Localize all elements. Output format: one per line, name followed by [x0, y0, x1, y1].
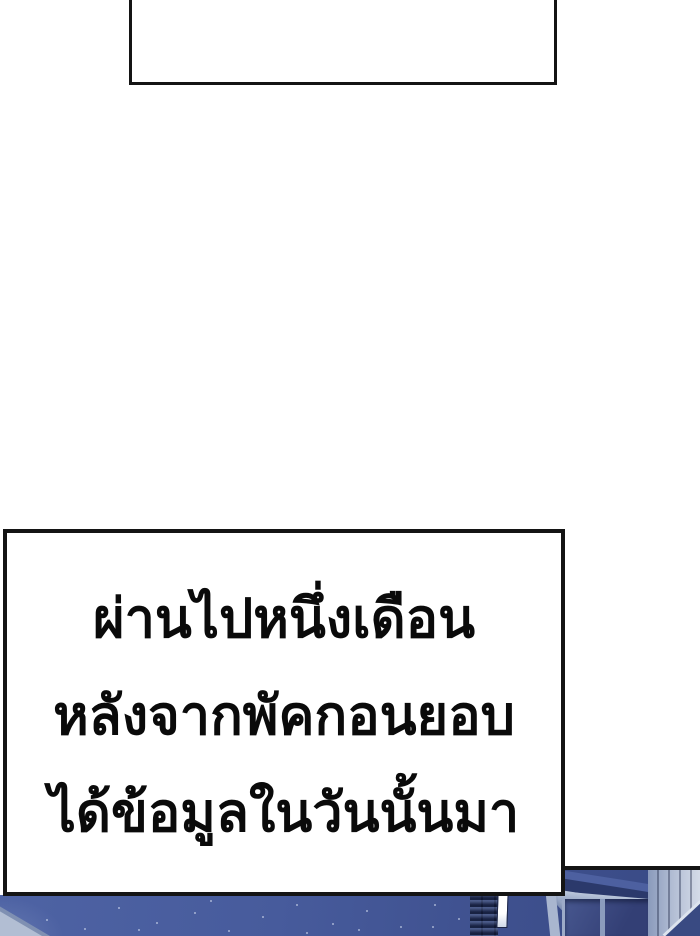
lit-window	[497, 894, 507, 927]
caption-box: ผ่านไปหนึ่งเดือน หลังจากพัคกอนยอบ ได้ข้อ…	[3, 529, 565, 896]
star	[332, 923, 334, 925]
star	[156, 922, 158, 924]
star	[434, 904, 436, 906]
window-glass	[562, 899, 651, 936]
star	[262, 916, 264, 918]
window-mullion	[600, 899, 605, 936]
star	[228, 930, 230, 932]
star	[194, 912, 196, 914]
shingle-column	[470, 893, 498, 936]
star	[432, 926, 434, 928]
caption-line-3: ได้ข้อมูลในวันนั้นมา	[49, 765, 520, 862]
star	[366, 910, 368, 912]
star	[458, 918, 460, 920]
star	[400, 926, 402, 928]
star	[118, 907, 120, 909]
panel-border-line	[560, 866, 700, 870]
star	[210, 900, 212, 902]
star	[306, 932, 308, 934]
star	[138, 929, 140, 931]
star	[296, 904, 298, 906]
star	[46, 919, 48, 921]
comic-page: ผ่านไปหนึ่งเดือน หลังจากพัคกอนยอบ ได้ข้อ…	[0, 0, 700, 936]
top-empty-panel	[129, 0, 557, 85]
star	[84, 928, 86, 930]
star	[358, 929, 360, 931]
caption-line-2: หลังจากพัคกอนยอบ	[53, 668, 515, 765]
caption-line-1: ผ่านไปหนึ่งเดือน	[93, 571, 475, 668]
